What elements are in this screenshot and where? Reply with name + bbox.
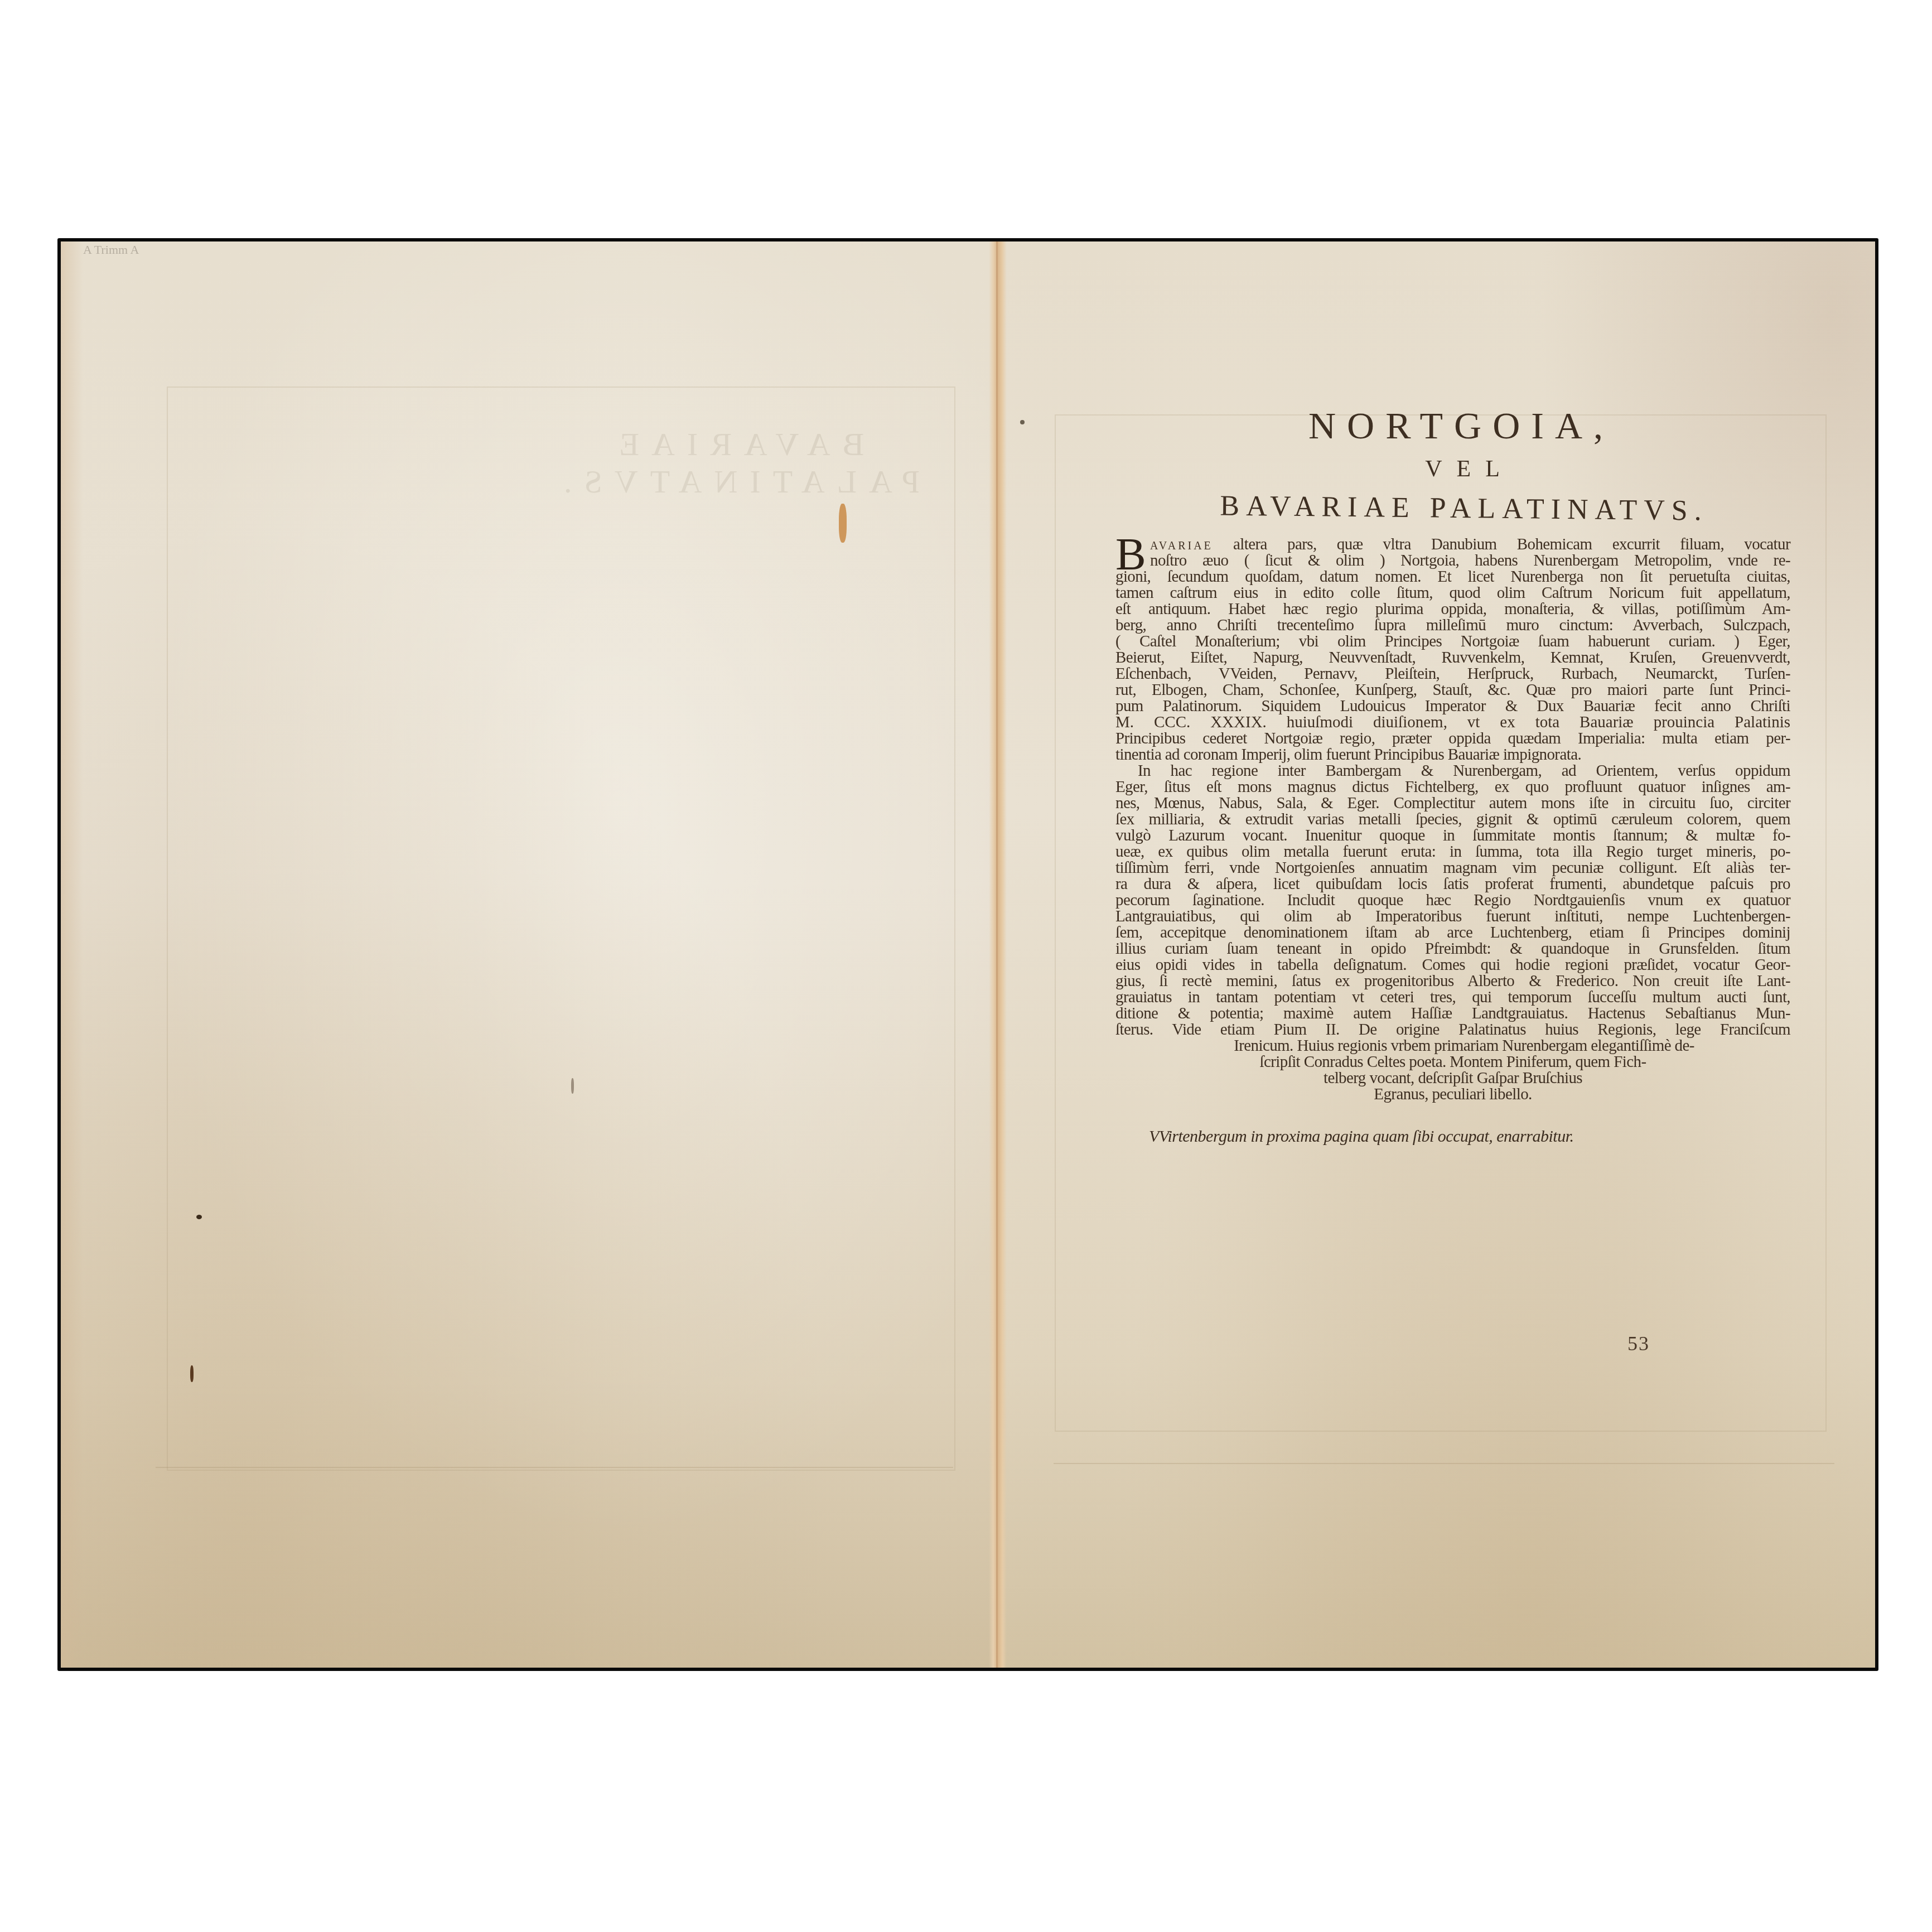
text-line: pum Palatinorum. Siquidem Ludouicus Impe… (1115, 698, 1790, 714)
text-block: NORTGOIA, VEL BAVARIAE PALATINATVS. B AV… (1115, 402, 1790, 1146)
text-line: ditione & potentia; maximè autem Haſſiæ … (1115, 1006, 1790, 1022)
text-line: eius opidi vides in tabella deſignatum. … (1115, 957, 1790, 973)
text-line: Lantgrauiatibus, qui olim ab Imperatorib… (1115, 909, 1790, 925)
text-line: illius curiam ſuam teneant in opido Pfre… (1115, 941, 1790, 957)
text-line: Eſchenbach, VVeiden, Pernavv, Pleiſtein,… (1115, 666, 1790, 682)
text-line: telberg vocant, deſcripſit Gaſpar Bruſch… (1115, 1070, 1790, 1086)
left-plate-mark (167, 387, 955, 1471)
text-line: pecorum ſaginatione. Includit quoque hæc… (1115, 892, 1790, 909)
corner-pencil-mark: A Trimm A (83, 243, 139, 257)
speck-stain (190, 1365, 194, 1382)
page-number: 53 (1627, 1332, 1650, 1355)
text-line-content: altera pars, quæ vltra Danubium Bohemica… (1233, 535, 1790, 553)
left-page: A Trimm A BAVARIAE PALATINATVS. (61, 241, 993, 1668)
text-line: noſtro æuo ( ſicut & olim ) Nortgoia, ha… (1115, 553, 1790, 569)
speck-stain (196, 1215, 202, 1219)
first-word-smallcaps: AVARIAE (1150, 540, 1213, 552)
text-line: tinentia ad coronam Imperij, olim fuerun… (1115, 747, 1790, 763)
speck-stain (1020, 420, 1025, 424)
title-nortgoia: NORTGOIA, (1132, 402, 1790, 450)
text-line: ra dura & aſpera, licet quibuſdam locis … (1115, 876, 1790, 892)
text-line: In hac regione inter Bambergam & Nurenbe… (1115, 763, 1790, 779)
title-bavariae-palatinatus: BAVARIAE PALATINATVS. (1138, 485, 1791, 532)
text-line: M. CCC. XXXIX. huiuſmodi diuiſionem, vt … (1115, 714, 1790, 731)
body-text: B AVARIAE altera pars, quæ vltra Danubiu… (1115, 537, 1790, 1103)
text-line: rut, Elbogen, Cham, Schonſee, Kunſperg, … (1115, 682, 1790, 698)
drop-cap: B (1115, 534, 1146, 574)
text-line: ſcripſit Conradus Celtes poeta. Montem P… (1115, 1054, 1790, 1070)
text-line: tamen caſtrum eius in edito colle ſitum,… (1115, 585, 1790, 601)
text-line: Irenicum. Huius regionis vrbem primariam… (1115, 1038, 1790, 1054)
text-line: tiſſimùm ferri, vnde Nortgoienſes annuat… (1115, 860, 1790, 876)
text-line: Principibus cederet Nortgoiæ regio, præt… (1115, 731, 1790, 747)
catchline-italic: VVirtenbergum in proxima pagina quam ſib… (1115, 1127, 1790, 1146)
text-line: berg, anno Chriſti trecenteſimo ſupra mi… (1115, 617, 1790, 634)
show-through-title: BAVARIAE PALATINATVS. (485, 426, 987, 500)
horizontal-fold (156, 1467, 953, 1468)
text-line: vulgò Lazurum vocant. Inuenitur quoque i… (1115, 828, 1790, 844)
text-line: ſem, accepitque denominationem iſtam ab … (1115, 925, 1790, 941)
text-line: ſterus. Vide etiam Pium II. De origine P… (1115, 1022, 1790, 1038)
book-gutter (989, 241, 1007, 1668)
horizontal-fold (1054, 1463, 1834, 1464)
text-line: eſt antiquum. Habet hæc regio plurima op… (1115, 601, 1790, 617)
text-line: Beierut, Eiſtet, Napurg, Neuvvenſtadt, R… (1115, 650, 1790, 666)
text-line: ueæ, ex quibus olim metalla fuerunt erut… (1115, 844, 1790, 860)
text-line: grauiatus in tantam potentiam vt ceteri … (1115, 989, 1790, 1006)
speck-stain (571, 1078, 574, 1094)
text-line: Eger, ſitus eſt mons magnus dictus Ficht… (1115, 779, 1790, 795)
text-line: ſex milliaria, & extrudit varias metalli… (1115, 812, 1790, 828)
text-line: Egranus, peculiari libello. (1115, 1086, 1790, 1103)
title-vel: VEL (1149, 450, 1790, 489)
text-line: gius, ſi rectè memini, ſatus ex progenit… (1115, 973, 1790, 989)
text-line: nes, Mœnus, Nabus, Sala, & Eger. Complec… (1115, 795, 1790, 812)
rust-spot-stain (839, 504, 847, 543)
text-line: ( Caſtel Monaſterium; vbi olim Principes… (1115, 634, 1790, 650)
gutter-crease (996, 241, 998, 1668)
text-line: gioni, ſecundum quoſdam, datum nomen. Et… (1115, 569, 1790, 585)
text-line: AVARIAE altera pars, quæ vltra Danubium … (1115, 537, 1790, 553)
